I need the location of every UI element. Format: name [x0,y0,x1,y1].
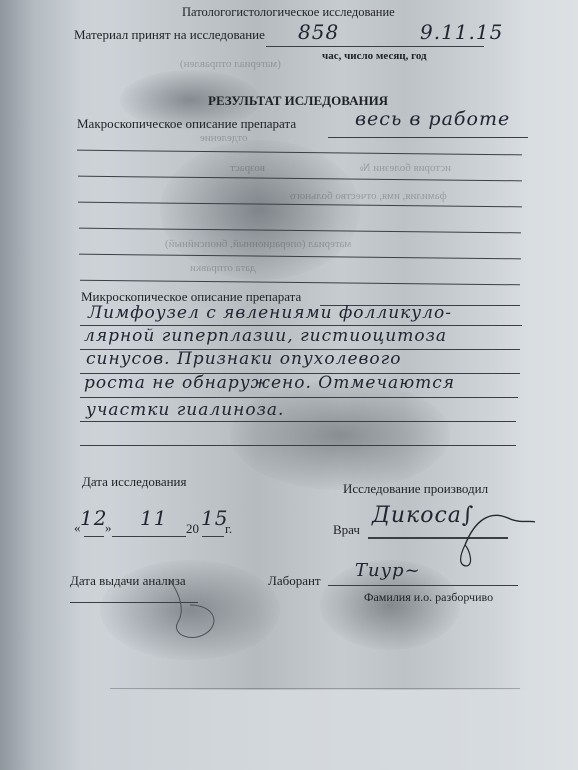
micro-text-line: синусов. Признаки опухолевого [86,349,401,369]
micro-text-line: участки гиалиноза. [86,400,284,420]
study-day: 12 [80,506,107,530]
received-number: 858 [298,20,339,44]
bleed-through-text: фамилия, имя, отчество больного [290,190,447,202]
received-date: 9.11.15 [420,20,503,44]
micro-text-line: Лимфоузел с явлениями фолликуло- [88,303,452,323]
received-label: Материал принят на исследование [74,27,265,43]
lab-label: Лаборант [268,573,321,589]
lab-signature: Тиур~ [355,560,421,581]
bleed-through-text: дата отправки [190,262,256,274]
study-date-label: Дата исследования [82,474,187,490]
pencil-scribble [150,560,240,650]
macro-line [328,137,528,138]
micro-text-line: лярной гиперплазии, гистиоцитоза [84,326,447,346]
lab-signature-line [328,585,518,586]
result-heading: РЕЗУЛЬТАТ ИСЛЕДОВАНИЯ [208,93,388,109]
macro-label: Макроскопическое описание препарата [77,116,296,132]
performed-by-label: Исследование производил [343,481,488,497]
bleed-through-text: возраст [230,162,265,174]
micro-line [80,445,516,446]
year-unit: г. [225,521,232,537]
bleed-through-text: история болезни № [360,162,451,174]
macro-value: весь в работе [355,108,510,130]
signature-flourish [420,500,540,570]
year-underline [202,536,224,537]
photocopy-edge [110,688,520,689]
lab-caption: Фамилия и.о. разборчиво [364,590,493,605]
doctor-label: Врач [333,522,360,538]
received-underline [266,46,484,47]
year-prefix: 20 [186,521,199,537]
month-underline [112,536,186,537]
micro-line [80,397,518,398]
bleed-through-text: материал (операционный, биопсийный) [165,238,351,250]
document-title: Патологогистологическое исследование [182,5,395,20]
day-underline [84,536,104,537]
date-close-quote: » [105,520,112,536]
scanned-document: (материал отправлен) отделение история б… [0,0,578,770]
bleed-through-text: отделение [200,132,248,144]
micro-line [80,421,516,422]
received-caption: час, число месяц, год [322,50,427,62]
bleed-through-text: (материал отправлен) [180,58,281,70]
micro-text-line: роста не обнаружено. Отмечаются [84,373,455,393]
study-month: 11 [140,506,167,530]
